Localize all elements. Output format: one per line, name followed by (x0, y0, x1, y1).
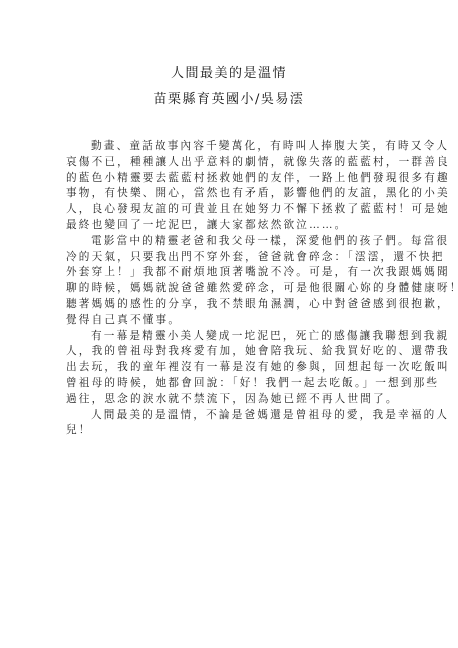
paragraph-1: 動畫、童話故事內容千變萬化，有時叫人捧腹大笑，有時又令人 哀傷不已，種種讓人出乎… (66, 139, 399, 234)
text-line: 的藍色小精靈要去藍藍村拯救她們的友伴，一路上他們發現很多有趣 (66, 171, 399, 187)
text-line: 人，我的曾祖母對我疼愛有加，她會陪我玩、給我買好吃的、還帶我 (66, 344, 399, 360)
text-line: 事物，有快樂、開心，當然也有矛盾，影響他們的友誼，黑化的小美 (66, 186, 399, 202)
text-line: 冷的天氣，只要我出門不穿外套，爸爸就會碎念：「澐澐，還不快把 (66, 250, 399, 266)
text-line: 哀傷不已，種種讓人出乎意料的劇情，就像失落的藍藍村，一群善良 (66, 155, 399, 171)
paragraph-2: 電影當中的精靈老爸和我父母一樣，深愛他們的孩子們。每當很 冷的天氣，只要我出門不… (66, 234, 399, 329)
paragraph-4: 人間最美的是溫情，不論是爸媽還是曾祖母的愛，我是幸福的人 兒！ (66, 408, 399, 440)
text-line: 人，良心發現友誼的可貴並且在她努力不懈下拯救了藍藍村！可是她 (66, 202, 399, 218)
text-line: 聽著媽媽的感性的分享，我不禁眼角濕潤，心中對爸爸感到很抱歉， (66, 297, 399, 313)
document-page: 人間最美的是溫情 苗栗縣育英國小/吳易澐 動畫、童話故事內容千變萬化，有時叫人捧… (0, 0, 458, 648)
text-line: 人間最美的是溫情，不論是爸媽還是曾祖母的愛，我是幸福的人 (66, 408, 399, 424)
text-line: 有一幕是精靈小美人變成一坨泥巴，死亡的感傷讓我聯想到我親 (66, 329, 399, 345)
text-line: 聊的時候，媽媽就說爸爸雖然愛碎念，可是他很關心妳的身體健康呀！ (66, 281, 399, 297)
text-line: 過往，思念的淚水就不禁流下，因為她已經不再人世間了。 (66, 392, 399, 408)
text-line: 兒！ (66, 423, 399, 439)
document-title: 人間最美的是溫情 (0, 66, 458, 82)
paragraph-3: 有一幕是精靈小美人變成一坨泥巴，死亡的感傷讓我聯想到我親 人，我的曾祖母對我疼愛… (66, 329, 399, 408)
text-line: 動畫、童話故事內容千變萬化，有時叫人捧腹大笑，有時又令人 (66, 139, 399, 155)
document-body: 動畫、童話故事內容千變萬化，有時叫人捧腹大笑，有時又令人 哀傷不已，種種讓人出乎… (66, 139, 399, 439)
text-line: 外套穿上！」我都不耐煩地頂著嘴說不冷。可是，有一次我跟媽媽聞 (66, 265, 399, 281)
text-line: 曾祖母的時候，她都會回說：「好！我們一起去吃飯。」一想到那些 (66, 376, 399, 392)
text-line: 最終也變回了一坨泥巴，讓大家都炫然欲泣……。 (66, 218, 399, 234)
text-line: 覺得自己真不懂事。 (66, 313, 399, 329)
text-line: 電影當中的精靈老爸和我父母一樣，深愛他們的孩子們。每當很 (66, 234, 399, 250)
text-line: 出去玩，我的童年裡沒有一幕是沒有她的參與，回想起每一次吃飯叫 (66, 360, 399, 376)
author-byline: 苗栗縣育英國小/吳易澐 (0, 92, 458, 108)
